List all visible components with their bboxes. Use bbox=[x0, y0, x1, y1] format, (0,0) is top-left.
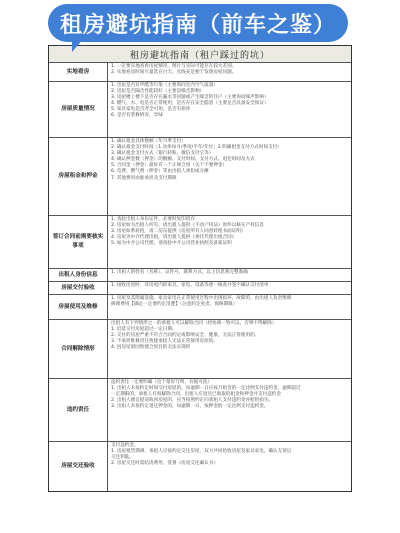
row-items: 支付违约金。1. 房屋租赁期满，承租人应按约定交还房屋，双方共同验收房屋及家具家… bbox=[108, 442, 351, 491]
row-items: 1. 一定要实地查看房屋情况，图片与实际可能存在较大差别。2. 实地看房时间尽量… bbox=[108, 63, 351, 81]
row-label: 房屋质量情况 bbox=[49, 82, 108, 137]
row-items: 违约责任一定要明确（这个最好写明，有据可依）1. 出租人未按约定时间交付房屋的，… bbox=[108, 379, 351, 441]
table-header: 租房避坑指南（租户踩过的坑） bbox=[49, 46, 351, 63]
row-label: 违约责任 bbox=[49, 379, 108, 441]
row-items: 出租人有下列情形之一的承租人可以解除合同（经协商一致可以，否则不得解除）1. 迟… bbox=[108, 320, 351, 378]
list-item: 修理费用【确定一定要约定清楚】（注意约定免责、保修期限） bbox=[111, 302, 348, 308]
row-label: 实地看房 bbox=[49, 63, 108, 81]
speech-tail bbox=[72, 38, 84, 52]
row-items: 1. 出租人的姓名（名称）、证件号、联系方式，以上信息须完整准确 bbox=[108, 269, 351, 281]
row-label: 房屋租金和押金 bbox=[49, 138, 108, 215]
table-row: 签订合同前需要核实事项1. 查验出租人身份证件，必要时复印留存2. 房屋如为出租… bbox=[49, 216, 351, 269]
list-item: 6. 是否有装修情况、异味 bbox=[111, 113, 348, 119]
row-label: 房屋交还验收 bbox=[49, 442, 108, 491]
list-item: 2. 房屋交还时需结清费用，签署《房屋交还确认书》 bbox=[111, 461, 348, 467]
guide-table: 租房避坑指南（租户踩过的坑） 实地看房1. 一定要实地查看房屋情况，图片与实际可… bbox=[48, 45, 352, 492]
list-item: 3. 出租人未按约定退还押金的，每逾期一日，按押金的一定比例支付违约金。 bbox=[111, 404, 348, 410]
row-label: 房屋使用及维修 bbox=[49, 295, 108, 319]
title-banner: 租房避坑指南（前车之鉴） bbox=[48, 4, 348, 42]
table-row: 房屋租金和押金1. 确认租金具体数额（年月季支付）2. 确认租金支付时间（1.具… bbox=[49, 138, 351, 216]
row-label: 出租人身份信息 bbox=[49, 269, 108, 281]
table-row: 房屋交还验收支付违约金。1. 房屋租赁期满，承租人应按约定交还房屋，双方共同验收… bbox=[49, 442, 351, 491]
list-item: 1. 出租人的姓名（名称）、证件号、联系方式，以上信息须完整准确 bbox=[111, 270, 348, 276]
table-row: 违约责任违约责任一定要明确（这个最好写明，有据可依）1. 出租人未按约定时间交付… bbox=[49, 379, 351, 442]
row-label: 签订合同前需要核实事项 bbox=[49, 216, 108, 268]
row-label: 房屋交付验收 bbox=[49, 282, 108, 294]
list-item: 2. 实地看房时间尽量选在白天，光线充足便于发现房屋问题。 bbox=[111, 70, 348, 76]
table-row: 房屋交付验收1. 接收房屋时，对房屋内的家具、家电、设备等逐一核查并签字确认交付… bbox=[49, 282, 351, 295]
page-title: 租房避坑指南（前车之鉴） bbox=[60, 8, 336, 39]
table-body: 实地看房1. 一定要实地查看房屋情况，图片与实际可能存在较大差别。2. 实地看房… bbox=[49, 63, 351, 491]
row-items: 1. 确认租金具体数额（年月季支付）2. 确认租金支付时间（1.具体每月/季度/… bbox=[108, 138, 351, 215]
row-items: 1. 查验出租人身份证件，必要时复印留存2. 房屋如为出租人所有，请出租人提供《… bbox=[108, 216, 351, 268]
table-row: 出租人身份信息1. 出租人的姓名（名称）、证件号、联系方式，以上信息须完整准确 bbox=[49, 269, 351, 282]
table-row: 房屋质量情况1. 房屋是否有甲醛等污染（主要询问室内空气质量）2. 房屋是否隔音… bbox=[49, 82, 351, 138]
row-items: 1. 房屋及其附属设施、家具家电在正常使用过程中出现损坏、故障的，由出租人负责维… bbox=[108, 295, 351, 319]
list-item: 4. 因房屋原因致使合同目的无法实现的 bbox=[111, 345, 348, 351]
row-items: 1. 接收房屋时，对房屋内的家具、家电、设备等逐一核查并签字确认交付清单 bbox=[108, 282, 351, 294]
list-item: 5. 如为中介公司代理，请查验中介公司营业执照及备案证明 bbox=[111, 241, 348, 247]
list-item: 7. 其他费用由谁承担及支付期限 bbox=[111, 176, 348, 182]
table-row: 实地看房1. 一定要实地查看房屋情况，图片与实际可能存在较大差别。2. 实地看房… bbox=[49, 63, 351, 82]
table-row: 合同解除情形出租人有下列情形之一的承租人可以解除合同（经协商一致可以，否则不得解… bbox=[49, 320, 351, 379]
row-label: 合同解除情形 bbox=[49, 320, 108, 378]
table-row: 房屋使用及维修1. 房屋及其附属设施、家具家电在正常使用过程中出现损坏、故障的，… bbox=[49, 295, 351, 320]
row-items: 1. 房屋是否有甲醛等污染（主要询问室内空气质量）2. 房屋是否隔音性能较好（主… bbox=[108, 82, 351, 137]
list-item: 1. 接收房屋时，对房屋内的家具、家电、设备等逐一核查并签字确认交付清单 bbox=[111, 283, 348, 289]
